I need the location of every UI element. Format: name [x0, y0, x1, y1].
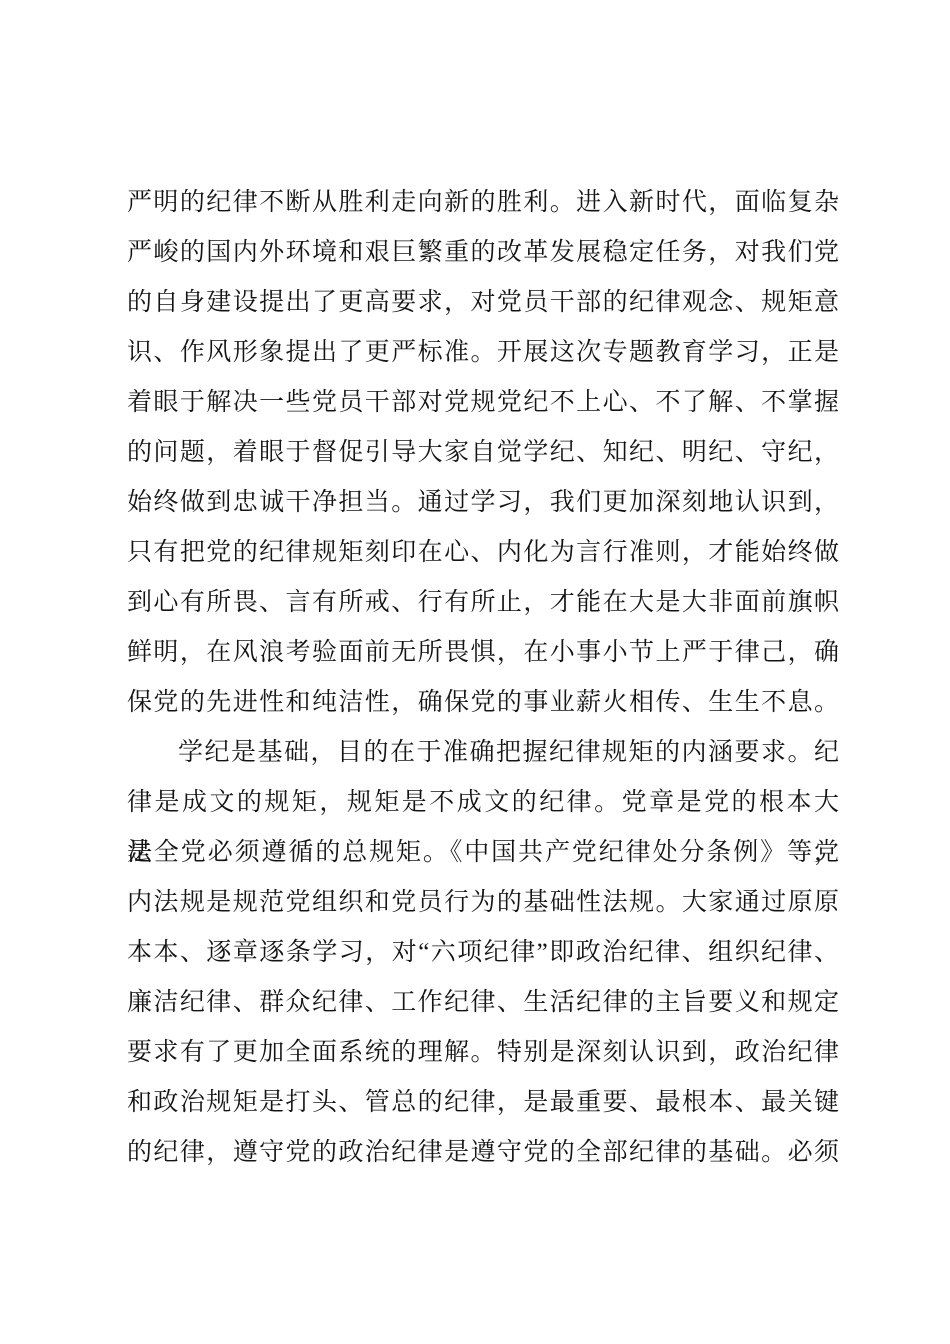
- text-line: 到心有所畏、言有所戒、行有所止，才能在大是大非面前旗帜: [127, 578, 840, 628]
- text-line: 严明的纪律不断从胜利走向新的胜利。进入新时代，面临复杂: [127, 178, 840, 228]
- text-line: 保党的先进性和纯洁性，确保党的事业薪火相传、生生不息。: [127, 678, 840, 728]
- text-line: 着眼于解决一些党员干部对党规党纪不上心、不了解、不掌握: [127, 378, 840, 428]
- document-body: 严明的纪律不断从胜利走向新的胜利。进入新时代，面临复杂严峻的国内外环境和艰巨繁重…: [127, 178, 840, 1178]
- text-line: 内法规是规范党组织和党员行为的基础性法规。大家通过原原: [127, 878, 840, 928]
- text-line: 始终做到忠诚干净担当。通过学习，我们更加深刻地认识到，: [127, 478, 840, 528]
- text-line: 识、作风形象提出了更严标准。开展这次专题教育学习，正是: [127, 328, 840, 378]
- text-line: 严峻的国内外环境和艰巨繁重的改革发展稳定任务，对我们党: [127, 228, 840, 278]
- text-line: 学纪是基础，目的在于准确把握纪律规矩的内涵要求。纪: [127, 728, 840, 778]
- text-line: 的问题，着眼于督促引导大家自觉学纪、知纪、明纪、守纪，: [127, 428, 840, 478]
- text-line: 的纪律，遵守党的政治纪律是遵守党的全部纪律的基础。必须: [127, 1128, 840, 1178]
- text-line: 廉洁纪律、群众纪律、工作纪律、生活纪律的主旨要义和规定: [127, 978, 840, 1028]
- text-line: 律是成文的规矩，规矩是不成文的纪律。党章是党的根本大法，: [127, 778, 840, 828]
- text-line: 鲜明，在风浪考验面前无所畏惧，在小事小节上严于律己，确: [127, 628, 840, 678]
- text-line: 要求有了更加全面系统的理解。特别是深刻认识到，政治纪律: [127, 1028, 840, 1078]
- text-line: 是全党必须遵循的总规矩。《中国共产党纪律处分条例》等党: [127, 828, 840, 878]
- text-line: 和政治规矩是打头、管总的纪律，是最重要、最根本、最关键: [127, 1078, 840, 1128]
- text-line: 的自身建设提出了更高要求，对党员干部的纪律观念、规矩意: [127, 278, 840, 328]
- document-page: 严明的纪律不断从胜利走向新的胜利。进入新时代，面临复杂严峻的国内外环境和艰巨繁重…: [0, 0, 950, 1344]
- text-line: 只有把党的纪律规矩刻印在心、内化为言行准则，才能始终做: [127, 528, 840, 578]
- text-line: 本本、逐章逐条学习，对“六项纪律”即政治纪律、组织纪律、: [127, 928, 840, 978]
